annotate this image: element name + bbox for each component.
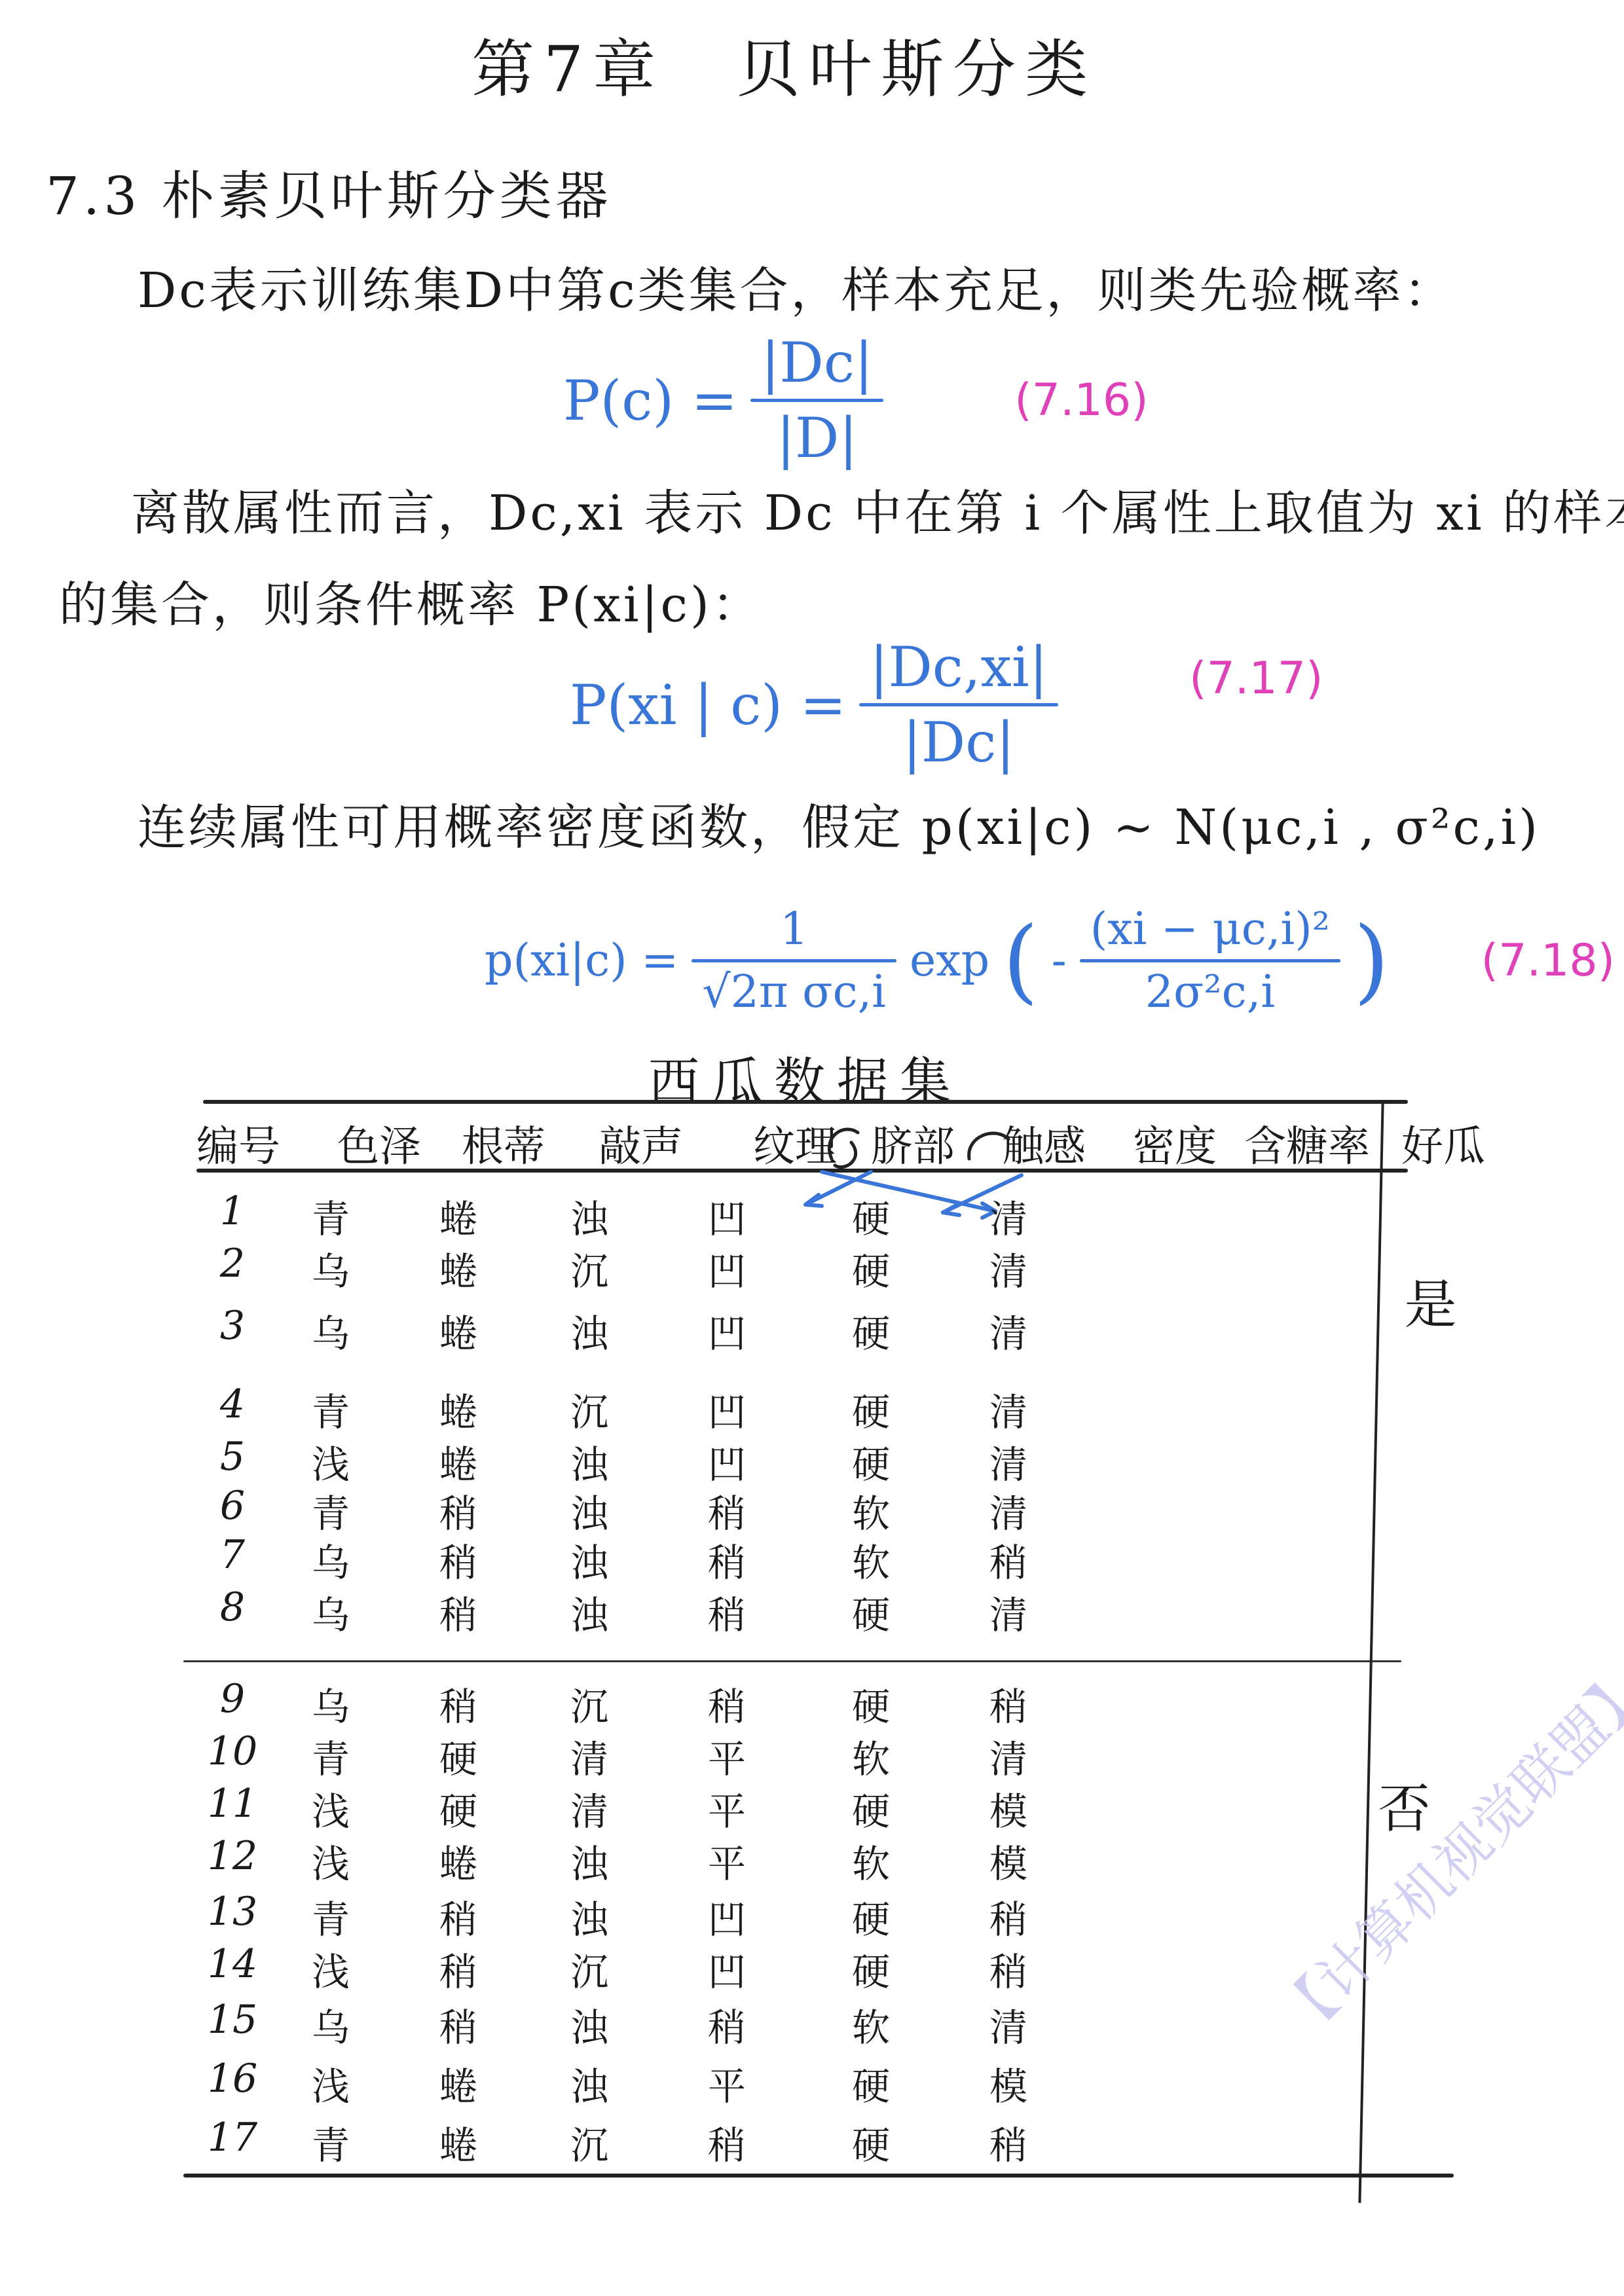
table-cell: 硬 xyxy=(832,1941,910,1996)
table-cell: 稍 xyxy=(969,2115,1048,2170)
row-id: 17 xyxy=(206,2115,259,2160)
row-id: 15 xyxy=(206,1997,259,2043)
table-cell: 蜷 xyxy=(419,1188,498,1243)
table-cell: 硬 xyxy=(832,2115,910,2170)
table-cell: 乌 xyxy=(291,1584,370,1639)
table-cell: 浊 xyxy=(550,1889,629,1944)
table-cell: 沉 xyxy=(550,1676,629,1731)
row-id: 9 xyxy=(206,1676,259,1722)
table-cell: 浊 xyxy=(550,1483,629,1538)
row-id: 11 xyxy=(206,1781,259,1827)
table-cell: 清 xyxy=(969,1241,1048,1296)
table-cell: 蜷 xyxy=(419,1381,498,1436)
table-cell: 凹 xyxy=(688,1381,766,1436)
table-cell: 沉 xyxy=(550,1381,629,1436)
table-cell: 凹 xyxy=(688,1188,766,1243)
table-cell: 浊 xyxy=(550,1434,629,1489)
table-cell: 青 xyxy=(291,1188,370,1243)
table-cell: 清 xyxy=(969,1188,1048,1243)
row-id: 14 xyxy=(206,1941,259,1987)
table-cell: 乌 xyxy=(291,1532,370,1587)
table-cell: 沉 xyxy=(550,1941,629,1996)
table-cell: 浅 xyxy=(291,1941,370,1996)
table-cell: 清 xyxy=(969,1728,1048,1783)
table-cell: 青 xyxy=(291,1889,370,1944)
table-cell: 稍 xyxy=(419,1676,498,1731)
table-cell: 软 xyxy=(832,1997,910,2052)
table-cell: 平 xyxy=(688,2056,766,2111)
row-id: 16 xyxy=(206,2056,259,2102)
table-cell: 稍 xyxy=(419,1997,498,2052)
table-cell: 凹 xyxy=(688,1434,766,1489)
table-cell: 硬 xyxy=(419,1781,498,1836)
class-label-good: 是 xyxy=(1388,1277,1464,1336)
table-cell: 蜷 xyxy=(419,1303,498,1358)
table-cell: 浊 xyxy=(550,2056,629,2111)
table-cell: 硬 xyxy=(832,1676,910,1731)
row-id: 6 xyxy=(206,1483,259,1529)
table-cell: 浅 xyxy=(291,1781,370,1836)
table-cell: 硬 xyxy=(832,1781,910,1836)
table-cell: 清 xyxy=(969,1483,1048,1538)
table-cell: 浊 xyxy=(550,1997,629,2052)
table-cell: 稍 xyxy=(969,1941,1048,1996)
table-cell: 稍 xyxy=(969,1889,1048,1944)
table-cell: 凹 xyxy=(688,1303,766,1358)
table-cell: 清 xyxy=(969,1434,1048,1489)
table-cell: 软 xyxy=(832,1833,910,1888)
table-cell: 平 xyxy=(688,1833,766,1888)
table-cell: 清 xyxy=(969,1584,1048,1639)
table-cell: 稍 xyxy=(419,1584,498,1639)
row-id: 5 xyxy=(206,1434,259,1480)
table-cell: 硬 xyxy=(419,1728,498,1783)
table-cell: 蜷 xyxy=(419,2056,498,2111)
table-cell: 乌 xyxy=(291,1676,370,1731)
table-cell: 稍 xyxy=(688,1483,766,1538)
table-cell: 乌 xyxy=(291,1997,370,2052)
table-cell: 凹 xyxy=(688,1241,766,1296)
table-cell: 青 xyxy=(291,1728,370,1783)
table-cell: 软 xyxy=(832,1483,910,1538)
table-cell: 清 xyxy=(969,1303,1048,1358)
row-id: 13 xyxy=(206,1889,259,1935)
table-cell: 青 xyxy=(291,1381,370,1436)
table-cell: 硬 xyxy=(832,1381,910,1436)
table-cell: 蜷 xyxy=(419,1833,498,1888)
table-cell: 硬 xyxy=(832,1188,910,1243)
table-cell: 清 xyxy=(550,1781,629,1836)
table-cell: 浊 xyxy=(550,1532,629,1587)
table-cell: 青 xyxy=(291,2115,370,2170)
table-cell: 清 xyxy=(550,1728,629,1783)
row-id: 8 xyxy=(206,1584,259,1630)
table-cell: 浊 xyxy=(550,1584,629,1639)
table-cell: 清 xyxy=(969,1997,1048,2052)
table-cell: 浅 xyxy=(291,1434,370,1489)
table-cell: 模 xyxy=(969,1781,1048,1836)
table-cell: 浊 xyxy=(550,1188,629,1243)
table-cell: 乌 xyxy=(291,1241,370,1296)
table-cell: 浊 xyxy=(550,1833,629,1888)
table-cell: 稍 xyxy=(688,1676,766,1731)
row-id: 1 xyxy=(206,1188,259,1234)
table-cell: 浅 xyxy=(291,1833,370,1888)
table-cell: 蜷 xyxy=(419,1241,498,1296)
table-cell: 软 xyxy=(832,1728,910,1783)
table-cell: 沉 xyxy=(550,2115,629,2170)
table-cell: 平 xyxy=(688,1728,766,1783)
table-cell: 稍 xyxy=(688,1997,766,2052)
table-cell: 稍 xyxy=(969,1676,1048,1731)
row-id: 10 xyxy=(206,1728,259,1774)
row-id: 3 xyxy=(206,1303,259,1349)
row-id: 7 xyxy=(206,1532,259,1578)
table-cell: 稍 xyxy=(969,1532,1048,1587)
table-cell: 凹 xyxy=(688,1889,766,1944)
table-cell: 稍 xyxy=(419,1941,498,1996)
table-cell: 硬 xyxy=(832,1241,910,1296)
table-cell: 硬 xyxy=(832,1434,910,1489)
table-cell: 稍 xyxy=(419,1483,498,1538)
row-id: 12 xyxy=(206,1833,259,1879)
table-cell: 平 xyxy=(688,1781,766,1836)
table-cell: 稍 xyxy=(419,1532,498,1587)
row-id: 4 xyxy=(206,1381,259,1427)
table-cell: 青 xyxy=(291,1483,370,1538)
table-cell: 稍 xyxy=(688,2115,766,2170)
table-cell: 乌 xyxy=(291,1303,370,1358)
table-cell: 清 xyxy=(969,1381,1048,1436)
row-id: 2 xyxy=(206,1241,259,1286)
table-cell: 硬 xyxy=(832,1584,910,1639)
table-cell: 模 xyxy=(969,2056,1048,2111)
table-cell: 硬 xyxy=(832,2056,910,2111)
table-cell: 模 xyxy=(969,1833,1048,1888)
table-cell: 蜷 xyxy=(419,1434,498,1489)
table-cell: 稍 xyxy=(688,1584,766,1639)
table-cell: 硬 xyxy=(832,1889,910,1944)
table-cell: 硬 xyxy=(832,1303,910,1358)
table-cell: 蜷 xyxy=(419,2115,498,2170)
table-cell: 软 xyxy=(832,1532,910,1587)
table-cell: 浊 xyxy=(550,1303,629,1358)
table-cell: 凹 xyxy=(688,1941,766,1996)
table-cell: 浅 xyxy=(291,2056,370,2111)
table-cell: 稍 xyxy=(419,1889,498,1944)
table-cell: 沉 xyxy=(550,1241,629,1296)
table-cell: 稍 xyxy=(688,1532,766,1587)
